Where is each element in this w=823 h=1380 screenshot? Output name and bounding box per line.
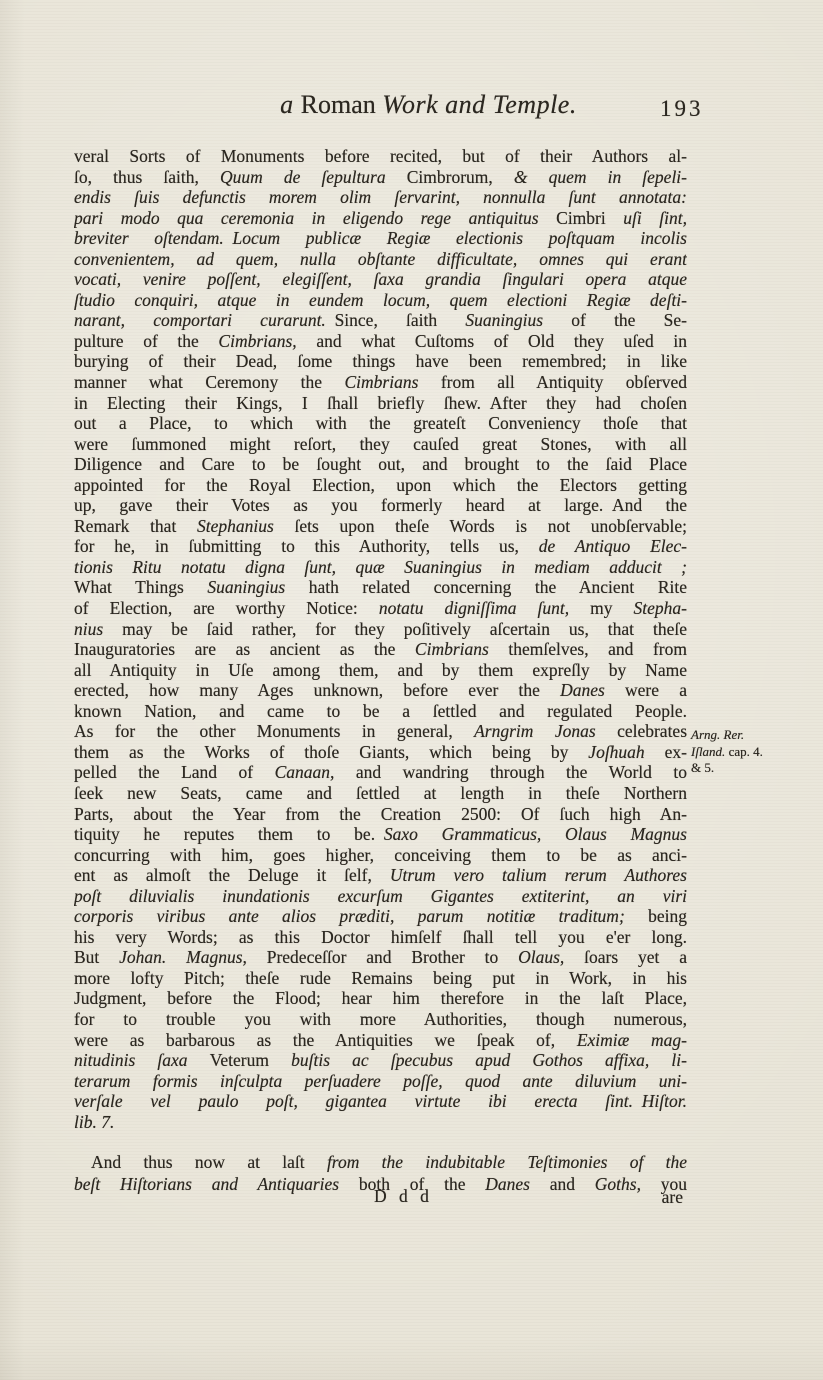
text-line: narant, comportari curarunt. Since, ſait… <box>74 310 687 331</box>
text-line: But Johan. Magnus, Predeceſſor and Broth… <box>74 947 687 968</box>
text-segment: Predeceſſor and Brother to <box>267 947 518 967</box>
text-line: ſtudio conquiri, atque in eundem locum, … <box>74 290 687 311</box>
text-line: corporis viribus ante alios præditi, par… <box>74 906 687 927</box>
text-line: convenientem, ad quem, nulla obſtante di… <box>74 249 687 270</box>
text-segment: cap. 4. <box>729 744 763 759</box>
text-segment: appointed for the Royal Election, upon w… <box>74 475 687 495</box>
text-line: verſale vel paulo poſt, gigantea virtute… <box>74 1091 687 1112</box>
text-segment: more lofty Pitch; theſe rude Remains bei… <box>74 968 687 988</box>
text-segment: Eximiæ mag- <box>577 1030 687 1050</box>
text-line: for he, in ſubmitting to this Authority,… <box>74 536 687 557</box>
text-line: Iſland. cap. 4. <box>691 744 819 761</box>
text-line: Diligence and Care to be ſought out, and… <box>74 454 687 475</box>
text-segment: Inauguratories are as ancient as the <box>74 639 415 659</box>
text-segment: hath related concerning the Ancient Rite <box>309 577 687 597</box>
text-segment: Saxo Grammaticus, Olaus Magnus <box>384 824 687 844</box>
book-page: a Roman Work and Temple. 193 veral Sorts… <box>0 0 823 1380</box>
text-line: Parts, about the Year from the Creation … <box>74 804 687 825</box>
text-line: tionis Ritu notatu digna ſunt, quæ Suani… <box>74 557 687 578</box>
text-segment: were a <box>625 680 687 700</box>
text-segment: Suaningius <box>465 310 571 330</box>
text-segment: Canaan, <box>275 762 356 782</box>
text-segment: And thus now at laſt <box>91 1152 327 1172</box>
text-line: pari modo qua ceremonia in eligendo rege… <box>74 208 687 229</box>
text-line: concurring with him, goes higher, concei… <box>74 845 687 866</box>
text-segment: ſets upon theſe Words is not unobſervabl… <box>294 516 687 536</box>
text-line: nitudinis ſaxa Veterum buſtis ac ſpecubu… <box>74 1050 687 1071</box>
text-segment: Diligence and Care to be ſought out, and… <box>74 454 687 474</box>
text-line: ſo, thus ſaith, Quum de ſepultura Cimbro… <box>74 167 687 188</box>
text-segment: Olaus, <box>518 947 584 967</box>
body-text: veral Sorts of Monuments before recited,… <box>74 146 687 1132</box>
text-segment: veral Sorts of Monuments before recited,… <box>74 146 687 166</box>
text-segment: vocati, venire poſſent, elegiſſent, ſaxa… <box>74 269 687 289</box>
text-line: them as the Works of thoſe Giants, which… <box>74 742 687 763</box>
text-segment: verſale vel paulo poſt, gigantea virtute… <box>74 1091 687 1111</box>
text-segment: Cimbrians <box>415 639 508 659</box>
text-line: more lofty Pitch; theſe rude Remains bei… <box>74 968 687 989</box>
text-segment: Stepha- <box>634 598 687 618</box>
text-segment: being <box>648 906 687 926</box>
running-title-segment: Roman <box>301 90 383 119</box>
text-line: appointed for the Royal Election, upon w… <box>74 475 687 496</box>
text-line: Remark that Stephanius ſets upon theſe W… <box>74 516 687 537</box>
running-title-segment: a <box>280 90 301 119</box>
text-segment: were as barbarous as the Antiquities we … <box>74 1030 577 1050</box>
text-segment: may be ſaid rather, for they poſitively … <box>122 619 687 639</box>
text-segment: ſtudio conquiri, atque in eundem locum, … <box>74 290 687 310</box>
text-segment: Cimbrians <box>345 372 441 392</box>
text-segment: Quum de ſepultura <box>220 167 407 187</box>
text-line: erected, how many Ages unknown, before e… <box>74 680 687 701</box>
text-segment: Veterum <box>210 1050 291 1070</box>
text-segment: convenientem, ad quem, nulla obſtante di… <box>74 249 687 269</box>
text-line: nius may be ſaid rather, for they poſiti… <box>74 619 687 640</box>
text-segment: nius <box>74 619 122 639</box>
text-segment: from all Antiquity obſerved <box>441 372 687 392</box>
text-line: lib. 7. <box>74 1112 687 1133</box>
text-line: known Nation, and came to be a ſettled a… <box>74 701 687 722</box>
text-line: of Election, are worthy Notice: notatu d… <box>74 598 687 619</box>
text-segment: But <box>74 947 119 967</box>
text-segment: them as the Works of thoſe Giants, which… <box>74 742 588 762</box>
text-segment: of Election, are worthy Notice: <box>74 598 379 618</box>
text-segment: burying of their Dead, ſome things have … <box>74 351 687 371</box>
text-line: & 5. <box>691 760 819 777</box>
text-segment: What Things <box>74 577 207 597</box>
text-segment: Cimbrians, <box>218 331 316 351</box>
text-line: breviter oſtendam. Locum publicæ Regiæ e… <box>74 228 687 249</box>
text-segment: for to trouble you with more Authorities… <box>74 1009 687 1029</box>
text-segment: ent as almoſt the Deluge it ſelf, <box>74 865 390 885</box>
text-segment: poſt diluvialis inundationis excurſum Gi… <box>74 886 687 906</box>
text-line: vocati, venire poſſent, elegiſſent, ſaxa… <box>74 269 687 290</box>
text-line: veral Sorts of Monuments before recited,… <box>74 146 687 167</box>
text-line: manner what Ceremony the Cimbrians from … <box>74 372 687 393</box>
text-segment: Suaningius <box>207 577 308 597</box>
text-segment: themſelves, and from <box>508 639 687 659</box>
text-segment: Danes <box>560 680 625 700</box>
text-segment: Since, ſaith <box>335 310 466 330</box>
text-line: in Electing their Kings, I ſhall briefly… <box>74 393 687 414</box>
text-segment: of the Se- <box>571 310 687 330</box>
text-segment: from the indubitable Teſtimonies of the <box>327 1152 687 1172</box>
text-segment: Cimbri <box>556 208 623 228</box>
text-segment: narant, comportari curarunt. <box>74 310 335 330</box>
text-segment: Johan. Magnus, <box>119 947 267 967</box>
text-line: pulture of the Cimbrians, and what Cuſto… <box>74 331 687 352</box>
text-segment: de Antiquo Elec- <box>539 536 687 556</box>
text-segment: pulture of the <box>74 331 218 351</box>
text-segment: Joſhuah <box>588 742 664 762</box>
text-segment: were ſummoned might reſort, they cauſed … <box>74 434 687 454</box>
text-line: What Things Suaningius hath related conc… <box>74 577 687 598</box>
signature-mark: D d d <box>74 1186 687 1207</box>
text-segment: terarum formis inſculpta perſuadere poſſ… <box>74 1071 687 1091</box>
text-line: were ſummoned might reſort, they cauſed … <box>74 434 687 455</box>
text-segment: pari modo qua ceremonia in eligendo rege… <box>74 208 556 228</box>
text-line: Inauguratories are as ancient as the Cim… <box>74 639 687 660</box>
text-segment: Judgment, before the Flood; hear him the… <box>74 988 687 1008</box>
text-segment: and wandring through the World to <box>356 762 687 782</box>
text-segment: up, gave their Votes as you formerly hea… <box>74 495 687 515</box>
text-segment: ex- <box>665 742 687 762</box>
text-segment: breviter oſtendam. Locum publicæ Regiæ e… <box>74 228 687 248</box>
text-segment: Iſland. <box>691 744 729 759</box>
text-line: his very Words; as this Doctor himſelf ſ… <box>74 927 687 948</box>
text-line: endis ſuis defunctis morem olim ſervarin… <box>74 187 687 208</box>
text-line: for to trouble you with more Authorities… <box>74 1009 687 1030</box>
text-segment: nitudinis ſaxa <box>74 1050 210 1070</box>
text-line: pelled the Land of Canaan, and wandring … <box>74 762 687 783</box>
text-segment: lib. 7. <box>74 1112 114 1132</box>
text-segment: Remark that <box>74 516 197 536</box>
text-line: poſt diluvialis inundationis excurſum Gi… <box>74 886 687 907</box>
margin-citation-note: Arng. Rer.Iſland. cap. 4.& 5. <box>691 727 819 777</box>
running-title-segment: Work and Temple. <box>382 90 577 119</box>
text-segment: corporis viribus ante alios præditi, par… <box>74 906 648 926</box>
text-segment: & 5. <box>691 760 714 775</box>
text-line: And thus now at laſt from the indubitabl… <box>74 1152 687 1174</box>
text-segment: & quem in ſepeli- <box>514 167 687 187</box>
running-title: a Roman Work and Temple. <box>74 90 687 120</box>
text-segment: buſtis ac ſpecubus apud Gothos affixa, l… <box>291 1050 687 1070</box>
text-segment: manner what Ceremony the <box>74 372 345 392</box>
page-footer: D d d are <box>74 1186 687 1207</box>
text-line: were as barbarous as the Antiquities we … <box>74 1030 687 1051</box>
text-segment: celebrates <box>617 721 687 741</box>
text-segment: my <box>590 598 633 618</box>
text-segment: Arng. Rer. <box>691 727 744 742</box>
text-segment: endis ſuis defunctis morem olim ſervarin… <box>74 187 687 207</box>
text-segment: ſoars yet a <box>584 947 687 967</box>
text-segment: out a Place, to which with the greateſt … <box>74 413 687 433</box>
text-segment: ſeek new Seats, came and ſettled at leng… <box>74 783 687 803</box>
text-segment: Utrum vero talium rerum Authores <box>390 865 687 885</box>
text-segment: notatu digniſſima ſunt, <box>379 598 590 618</box>
text-segment: for he, in ſubmitting to this Authority,… <box>74 536 539 556</box>
text-segment: his very Words; as this Doctor himſelf ſ… <box>74 927 687 947</box>
text-segment: uſi ſint, <box>623 208 687 228</box>
text-segment: erected, how many Ages unknown, before e… <box>74 680 560 700</box>
text-segment: tionis Ritu notatu digna ſunt, quæ Suani… <box>74 557 687 577</box>
catchword: are <box>662 1187 683 1208</box>
text-segment: ſo, thus ſaith, <box>74 167 220 187</box>
text-segment: all Antiquity in Uſe among them, and by … <box>74 660 687 680</box>
text-line: up, gave their Votes as you formerly hea… <box>74 495 687 516</box>
text-line: As for the other Monuments in general, A… <box>74 721 687 742</box>
text-line: all Antiquity in Uſe among them, and by … <box>74 660 687 681</box>
text-line: Arng. Rer. <box>691 727 819 744</box>
page-number: 193 <box>660 96 704 122</box>
text-line: tiquity he reputes them to be. Saxo Gram… <box>74 824 687 845</box>
text-segment: Stephanius <box>197 516 294 536</box>
text-segment: concurring with him, goes higher, concei… <box>74 845 687 865</box>
text-line: burying of their Dead, ſome things have … <box>74 351 687 372</box>
text-segment: As for the other Monuments in general, <box>74 721 474 741</box>
text-segment: Parts, about the Year from the Creation … <box>74 804 687 824</box>
text-segment: and what Cuſtoms of Old they uſed in <box>316 331 687 351</box>
text-segment: in Electing their Kings, I ſhall briefly… <box>74 393 687 413</box>
text-line: terarum formis inſculpta perſuadere poſſ… <box>74 1071 687 1092</box>
text-segment: Arngrim Jonas <box>474 721 617 741</box>
text-segment: known Nation, and came to be a ſettled a… <box>74 701 687 721</box>
text-line: Judgment, before the Flood; hear him the… <box>74 988 687 1009</box>
text-segment: Cimbrorum, <box>407 167 514 187</box>
text-line: out a Place, to which with the greateſt … <box>74 413 687 434</box>
text-line: ent as almoſt the Deluge it ſelf, Utrum … <box>74 865 687 886</box>
text-segment: pelled the Land of <box>74 762 275 782</box>
text-segment: tiquity he reputes them to be. <box>74 824 384 844</box>
text-line: ſeek new Seats, came and ſettled at leng… <box>74 783 687 804</box>
